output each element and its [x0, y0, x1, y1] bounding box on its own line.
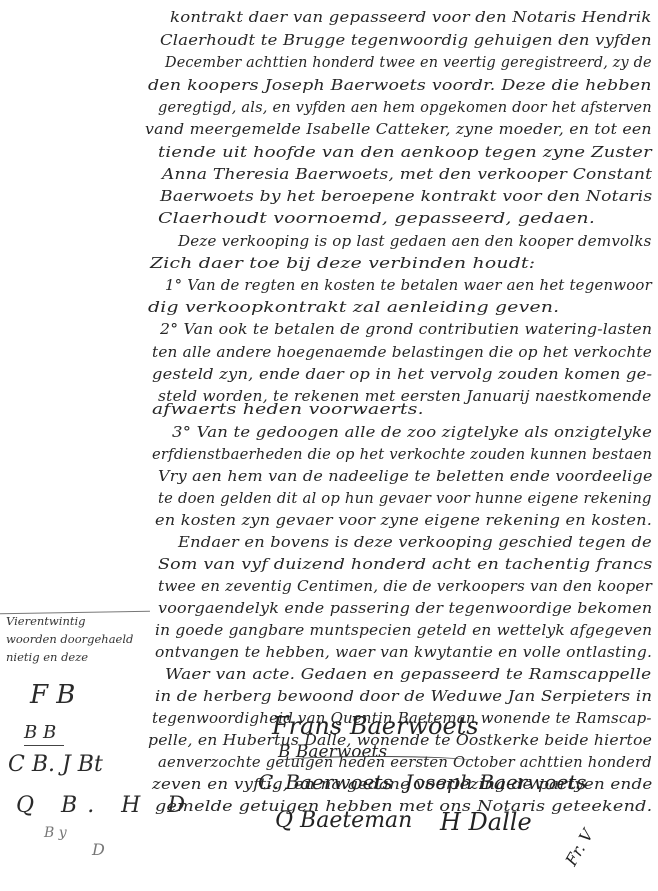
deed-line: te doen gelden dit al op hun gevaer voor… — [158, 489, 652, 507]
deed-line: erfdienstbaerheden die op het verkochte … — [152, 445, 652, 463]
deed-line: Som van vyf duizend honderd acht en tach… — [158, 555, 653, 573]
signature: Joseph Baerwoets — [405, 770, 587, 794]
deed-line: 3° Van te gedoogen alle de zoo zigtelyke… — [172, 423, 652, 441]
deed-line: December achttien honderd twee en veerti… — [165, 53, 652, 71]
deed-line: Claerhoudt te Brugge tegenwoordig gehuig… — [160, 31, 652, 49]
deed-line: voorgaendelyk ende passering der tegenwo… — [158, 599, 652, 617]
deed-line: Deze verkooping is op last gedaen aen de… — [178, 232, 652, 250]
deed-line: Baerwoets by het beroepene kontrakt voor… — [160, 187, 652, 205]
deed-line: kontrakt daer van gepasseerd voor den No… — [170, 8, 652, 26]
margin-note-line: Vierentwintig — [6, 612, 126, 630]
deed-line: en kosten zyn gevaer voor zyne eigene re… — [155, 511, 652, 529]
signature: Q Baeteman — [275, 808, 412, 833]
margin-note-line: woorden doorgehaeld — [6, 630, 126, 648]
signature: Frans Baerwoets — [272, 712, 479, 740]
deed-line: twee en zeventig Centimen, die de verkoo… — [158, 577, 652, 595]
deed-line: Zich daer toe bij deze verbinden houdt: — [150, 254, 535, 272]
margin-note-line: nietig en deze — [6, 648, 126, 666]
margin-initials: F B — [30, 680, 75, 710]
deed-line: 1° Van de regten en kosten te betalen wa… — [165, 276, 652, 294]
margin-initials: B B — [24, 722, 64, 746]
deed-line: Claerhoudt voornoemd, gepasseerd, gedaen… — [158, 209, 595, 227]
signature-flourish — [276, 756, 476, 767]
deed-line: geregtigd, als, en vyfden aen hem opgeko… — [158, 98, 652, 116]
deed-line: in de herberg bewoond door de Weduwe Jan… — [155, 687, 652, 705]
deed-line: ontvangen te hebben, waer van kwytantie … — [155, 643, 652, 661]
deed-line: tiende uit hoofde van den aenkoop tegen … — [158, 143, 652, 161]
deed-line: afwaerts heden voorwaerts. — [152, 400, 424, 418]
signature: C. Baerwoets — [258, 770, 393, 794]
deed-line: Vry aen hem van de nadeelige te beletten… — [158, 467, 653, 485]
deed-line: den koopers Joseph Baerwoets voordr. Dez… — [148, 76, 652, 94]
deed-line: dig verkoopkontrakt zal aenleiding geven… — [148, 298, 559, 316]
deed-line: gesteld zyn, ende daer op in het vervolg… — [152, 365, 652, 383]
deed-line: vand meergemelde Isabelle Catteker, zyne… — [145, 120, 652, 138]
deed-line: Endaer en bovens is deze verkooping gesc… — [178, 533, 652, 551]
deed-line: in goede gangbare muntspecien geteld en … — [155, 621, 652, 639]
deed-line: Anna Theresia Baerwoets, met den verkoop… — [162, 165, 652, 183]
margin-initials: D — [92, 840, 105, 859]
margin-initials: C B. J Bt — [8, 752, 103, 777]
deed-line: ten alle andere hoegenaemde belastingen … — [152, 343, 652, 361]
deed-line: 2° Van ook te betalen de grond contribut… — [160, 320, 652, 338]
deed-line: Waer van acte. Gedaen en gepasseerd te R… — [165, 665, 651, 683]
margin-note: Vierentwintig woorden doorgehaeld nietig… — [6, 612, 126, 666]
signature: H Dalle — [440, 808, 532, 836]
margin-initials: Q B. H D — [16, 793, 195, 818]
document-page: kontrakt daer van gepasseerd voor den No… — [0, 0, 658, 891]
margin-initials: B y — [44, 825, 67, 841]
